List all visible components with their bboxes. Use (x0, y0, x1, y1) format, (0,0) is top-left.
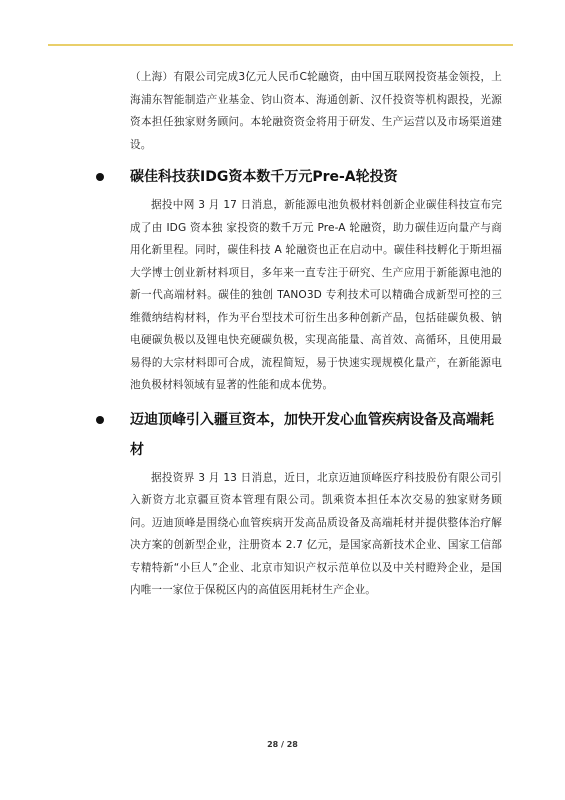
bullet-icon (96, 173, 104, 181)
paragraph-carbon-tech: 据投中网 3 月 17 日消息，新能源电池负极材料创新企业碳佳科技宣布完成了由 … (130, 194, 502, 397)
paragraph-continued: （上海）有限公司完成3亿元人民币C轮融资，由中国互联网投资基金领投，上海浦东智能… (130, 66, 502, 156)
page-number: 28 / 28 (0, 740, 565, 749)
section-heading-carbon-tech: 碳佳科技获IDG资本数千万元Pre-A轮投资 (106, 162, 502, 192)
heading-text: 碳佳科技获IDG资本数千万元Pre-A轮投资 (130, 169, 398, 185)
section-heading-medical-devices: 迈迪顶峰引入疆亘资本，加快开发心血管疾病设备及高端耗材 (106, 405, 502, 465)
paragraph-medical-devices: 据投资界 3 月 13 日消息，近日，北京迈迪顶峰医疗科技股份有限公司引入新资方… (130, 467, 502, 602)
header-divider-line (48, 44, 513, 46)
heading-text: 迈迪顶峰引入疆亘资本，加快开发心血管疾病设备及高端耗材 (130, 412, 494, 458)
bullet-icon (96, 416, 104, 424)
document-body: （上海）有限公司完成3亿元人民币C轮融资，由中国互联网投资基金领投，上海浦东智能… (130, 66, 502, 602)
